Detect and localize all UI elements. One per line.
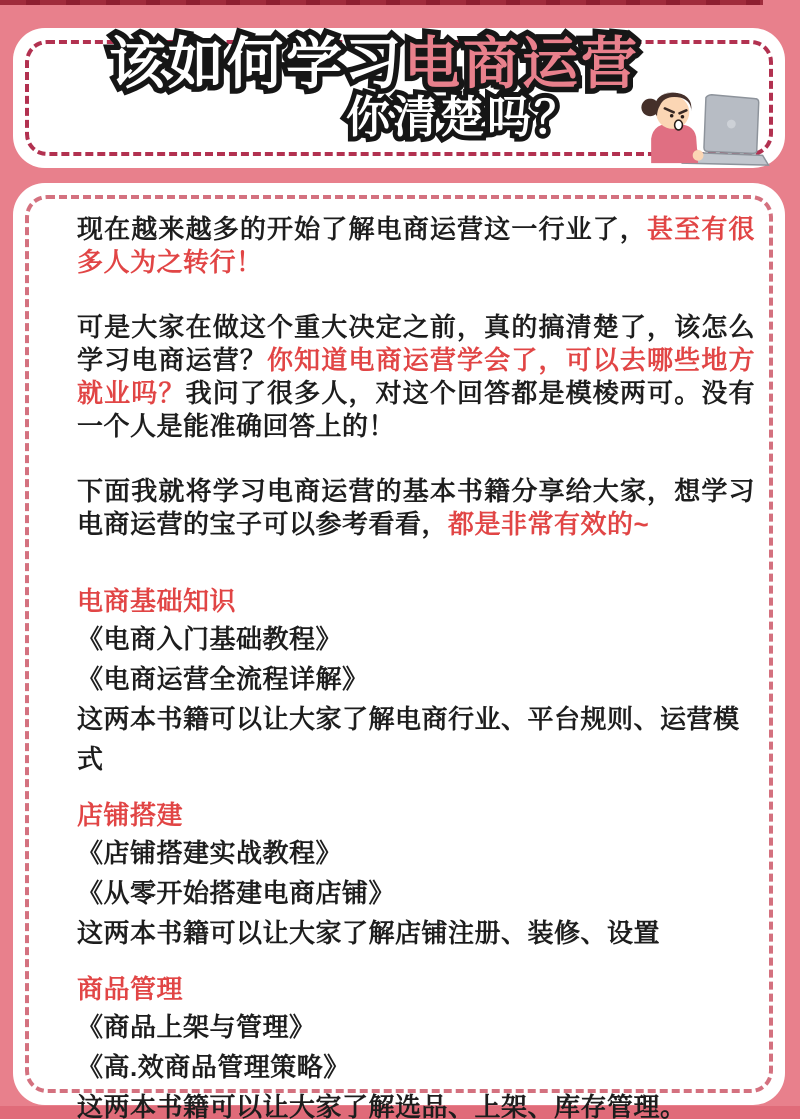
poster-title-line2: 你清楚吗？ xyxy=(346,94,581,142)
section-title: 商品管理 xyxy=(77,973,755,1005)
book-title: 《商品上架与管理》 xyxy=(77,1007,755,1047)
section-store-setup: 店铺搭建 《店铺搭建实战教程》 《从零开始搭建电商店铺》 这两本书籍可以让大家了… xyxy=(77,799,755,953)
text-run-red: 都是非常有效的~ xyxy=(448,509,649,539)
girl-eye-left xyxy=(670,114,674,118)
book-title: 《从零开始搭建电商店铺》 xyxy=(77,873,755,913)
section-title: 店铺搭建 xyxy=(77,799,755,831)
section-description: 这两本书籍可以让大家了解电商行业、平台规则、运营模式 xyxy=(77,699,755,779)
text-run-white: 该如何学习 xyxy=(109,32,404,95)
section-description: 这两本书籍可以让大家了解选品、上架、库存管理。 xyxy=(77,1087,755,1119)
section-product-management: 商品管理 《商品上架与管理》 《高.效商品管理策略》 这两本书籍可以让大家了解选… xyxy=(77,973,755,1119)
booklist-intro-paragraph: 下面我就将学习电商运营的基本书籍分享给大家，想学习电商运营的宝子可以参考看看，都… xyxy=(77,475,755,541)
text-run-black: 下面我就将学习电商运营的基本书籍分享给大家，想学习电商运营的宝子可以参考看看， xyxy=(77,476,755,539)
laptop-logo xyxy=(727,120,736,129)
girl-mouth xyxy=(675,120,683,130)
angry-girl-laptop-illustration xyxy=(633,82,771,170)
book-title: 《电商入门基础教程》 xyxy=(77,619,755,659)
intro-paragraph: 现在越来越多的开始了解电商运营这一行业了，甚至有很多人为之转行！ xyxy=(77,213,755,279)
book-title: 《店铺搭建实战教程》 xyxy=(77,833,755,873)
book-title: 《高.效商品管理策略》 xyxy=(77,1047,755,1087)
book-title: 《电商运营全流程详解》 xyxy=(77,659,755,699)
text-run-black: 现在越来越多的开始了解电商运营这一行业了， xyxy=(77,214,647,244)
girl-hand xyxy=(693,150,704,161)
top-accent-strip xyxy=(0,0,763,5)
section-ecommerce-basics: 电商基础知识 《电商入门基础教程》 《电商运营全流程详解》 这两本书籍可以让大家… xyxy=(77,585,755,779)
text-run-pink: 电商运营 xyxy=(404,32,640,95)
girl-eye-right xyxy=(681,115,685,119)
article-body: 现在越来越多的开始了解电商运营这一行业了，甚至有很多人为之转行！ 可是大家在做这… xyxy=(13,183,785,1119)
section-description: 这两本书籍可以让大家了解店铺注册、装修、设置 xyxy=(77,913,755,953)
question-paragraph: 可是大家在做这个重大决定之前，真的搞清楚了，该怎么学习电商运营？你知道电商运营学… xyxy=(77,311,755,443)
title-card: 该如何学习电商运营 你清楚吗？ xyxy=(13,28,785,168)
poster-title-line1: 该如何学习电商运营 xyxy=(109,34,640,94)
section-title: 电商基础知识 xyxy=(77,585,755,617)
content-card: 现在越来越多的开始了解电商运营这一行业了，甚至有很多人为之转行！ 可是大家在做这… xyxy=(13,183,785,1105)
